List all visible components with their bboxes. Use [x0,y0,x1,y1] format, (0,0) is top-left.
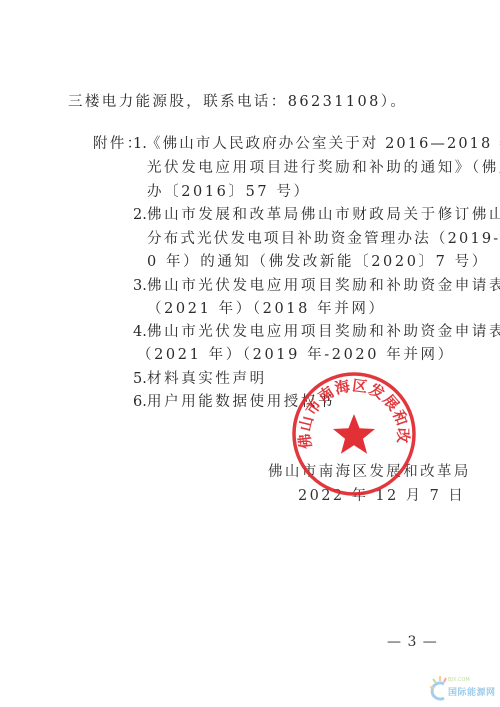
attachment-4-line-2: （2021 年）（2019 年-2020 年并网） [137,345,455,365]
attachment-3-number: 3. [133,276,147,296]
attachment-4-number: 4. [133,322,147,342]
star-icon [333,414,375,454]
attachment-5-number: 5. [133,369,147,389]
attachment-4-line-1: 佛山市光伏发电应用项目奖励和补助资金申请表 [147,322,500,342]
attachment-3-line-1: 佛山市光伏发电应用项目奖励和补助资金申请表 [147,276,500,296]
watermark-small-text: BJX.COM [448,677,470,683]
intro-line: 三楼电力能源股，联系电话：86231108）。 [68,92,407,112]
document-page: 三楼电力能源股，联系电话：86231108）。 附件： 1. 《佛山市人民政府办… [0,0,500,707]
watermark-logo: BJX.COM 国际能源网 [430,672,500,704]
attachment-1-line-3: 办〔2016〕57 号） [147,182,311,202]
attachment-6-number: 6. [133,392,147,412]
sun-logo-icon [430,674,450,702]
attachment-2-number: 2. [133,205,147,225]
attachment-2-line-2: 分布式光伏发电项目补助资金管理办法（2019-202 [147,229,500,249]
attachment-1-line-2: 光伏发电应用项目进行奖励和补助的通知》（佛府 [147,158,500,178]
attachment-2-line-1: 佛山市发展和改革局佛山市财政局关于修订佛山市 [147,205,500,225]
watermark-text: 国际能源网 [448,685,496,698]
attachment-5-line-1: 材料真实性声明 [147,369,267,389]
page-number: — 3 — [387,634,438,650]
attachment-1-number: 1. [133,134,147,154]
official-seal-stamp: 佛山市南海区发展和改革局 [290,370,418,498]
attachment-2-line-3: 0 年）的通知（佛发改新能〔2020〕7 号） [147,252,489,272]
attachment-3-line-2: （2021 年）（2018 年并网） [147,299,386,319]
attachment-1-line-1: 《佛山市人民政府办公室关于对 2016—2018 年建成 [146,134,500,154]
